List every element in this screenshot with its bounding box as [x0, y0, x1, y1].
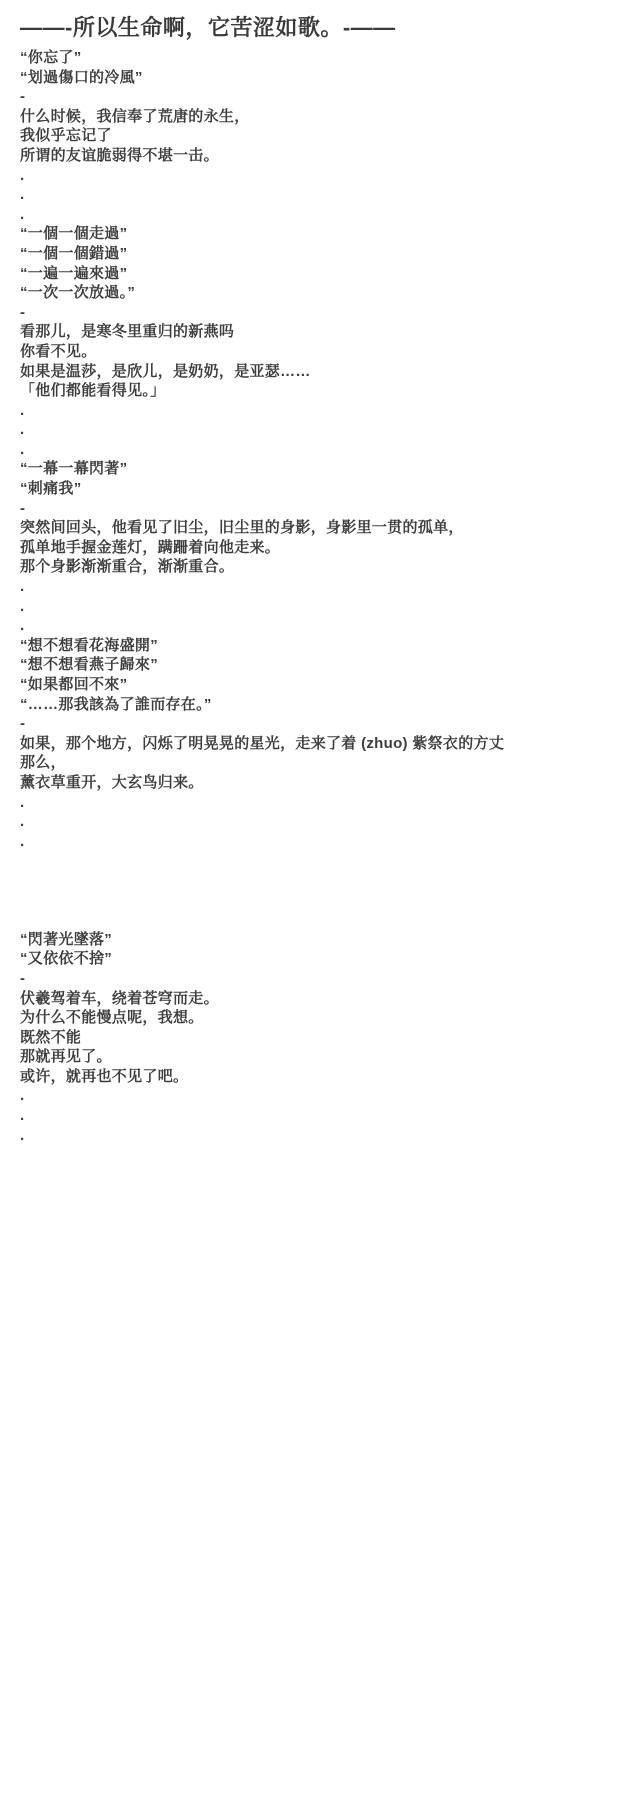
- poem-line: “又依依不捨”: [20, 949, 622, 969]
- poem-line: -: [20, 499, 622, 519]
- poem-line: -: [20, 714, 622, 734]
- poem-line: 那么，: [20, 753, 622, 773]
- poem-line: “一個一個錯過”: [20, 244, 622, 264]
- poem-line: 你看不见。: [20, 342, 622, 362]
- poem-line: “刺痛我”: [20, 479, 622, 499]
- poem-line: “一幕一幕閃著”: [20, 459, 622, 479]
- poem-line: “閃著光墜落”: [20, 930, 622, 950]
- poem-line: “……那我該為了誰而存在。”: [20, 695, 622, 715]
- poem-title: ——-所以生命啊，它苦涩如歌。-——: [20, 14, 622, 42]
- poem-line: .: [20, 166, 622, 186]
- poem-line: 如果，那个地方，闪烁了明晃晃的星光，走来了着 (zhuo) 紫祭衣的方丈: [20, 734, 622, 754]
- poem-page: ——-所以生命啊，它苦涩如歌。-—— “你忘了”“划過傷口的冷風”-什么时候，我…: [0, 0, 640, 1145]
- blank-line: [20, 891, 622, 911]
- poem-line: 所谓的友谊脆弱得不堪一击。: [20, 146, 622, 166]
- poem-line: “一次一次放過。”: [20, 283, 622, 303]
- poem-line: 孤单地手握金莲灯，蹒跚着向他走来。: [20, 538, 622, 558]
- poem-line: .: [20, 577, 622, 597]
- poem-line: 那个身影渐渐重合，渐渐重合。: [20, 557, 622, 577]
- poem-line: 或许，就再也不见了吧。: [20, 1067, 622, 1087]
- poem-line: 什么时候，我信奉了荒唐的永生，: [20, 107, 622, 127]
- poem-line: .: [20, 185, 622, 205]
- poem-line: .: [20, 1106, 622, 1126]
- poem-line: .: [20, 205, 622, 225]
- poem-line: “一個一個走過”: [20, 224, 622, 244]
- blank-line: [20, 851, 622, 871]
- poem-line: -: [20, 87, 622, 107]
- poem-line: “一遍一遍來過”: [20, 264, 622, 284]
- poem-line: .: [20, 1086, 622, 1106]
- poem-line: 看那儿，是寒冬里重归的新燕吗: [20, 322, 622, 342]
- poem-line: 「他们都能看得见。」: [20, 381, 622, 401]
- blank-line: [20, 910, 622, 930]
- poem-line: 那就再见了。: [20, 1047, 622, 1067]
- poem-line: .: [20, 420, 622, 440]
- poem-line: .: [20, 401, 622, 421]
- poem-line: .: [20, 616, 622, 636]
- poem-line: “你忘了”: [20, 48, 622, 68]
- poem-line: 突然间回头，他看见了旧尘，旧尘里的身影，身影里一贯的孤单，: [20, 518, 622, 538]
- poem-line: “想不想看花海盛開”: [20, 636, 622, 656]
- poem-line: .: [20, 440, 622, 460]
- poem-line: 为什么不能慢点呢，我想。: [20, 1008, 622, 1028]
- blank-line: [20, 871, 622, 891]
- poem-line: 伏羲驾着车，绕着苍穹而走。: [20, 989, 622, 1009]
- poem-line: .: [20, 597, 622, 617]
- poem-line: “想不想看燕子歸來”: [20, 655, 622, 675]
- poem-line: -: [20, 969, 622, 989]
- poem-line: 薰衣草重开，大玄鸟归来。: [20, 773, 622, 793]
- poem-line: -: [20, 303, 622, 323]
- poem-line: 我似乎忘记了: [20, 126, 622, 146]
- poem-line: .: [20, 812, 622, 832]
- poem-line: “划過傷口的冷風”: [20, 68, 622, 88]
- poem-body: “你忘了”“划過傷口的冷風”-什么时候，我信奉了荒唐的永生，我似乎忘记了所谓的友…: [20, 48, 622, 1145]
- poem-line: .: [20, 793, 622, 813]
- poem-line: .: [20, 832, 622, 852]
- poem-line: .: [20, 1126, 622, 1146]
- poem-line: “如果都回不來”: [20, 675, 622, 695]
- poem-line: 既然不能: [20, 1028, 622, 1048]
- poem-line: 如果是温莎，是欣儿，是奶奶，是亚瑟……: [20, 362, 622, 382]
